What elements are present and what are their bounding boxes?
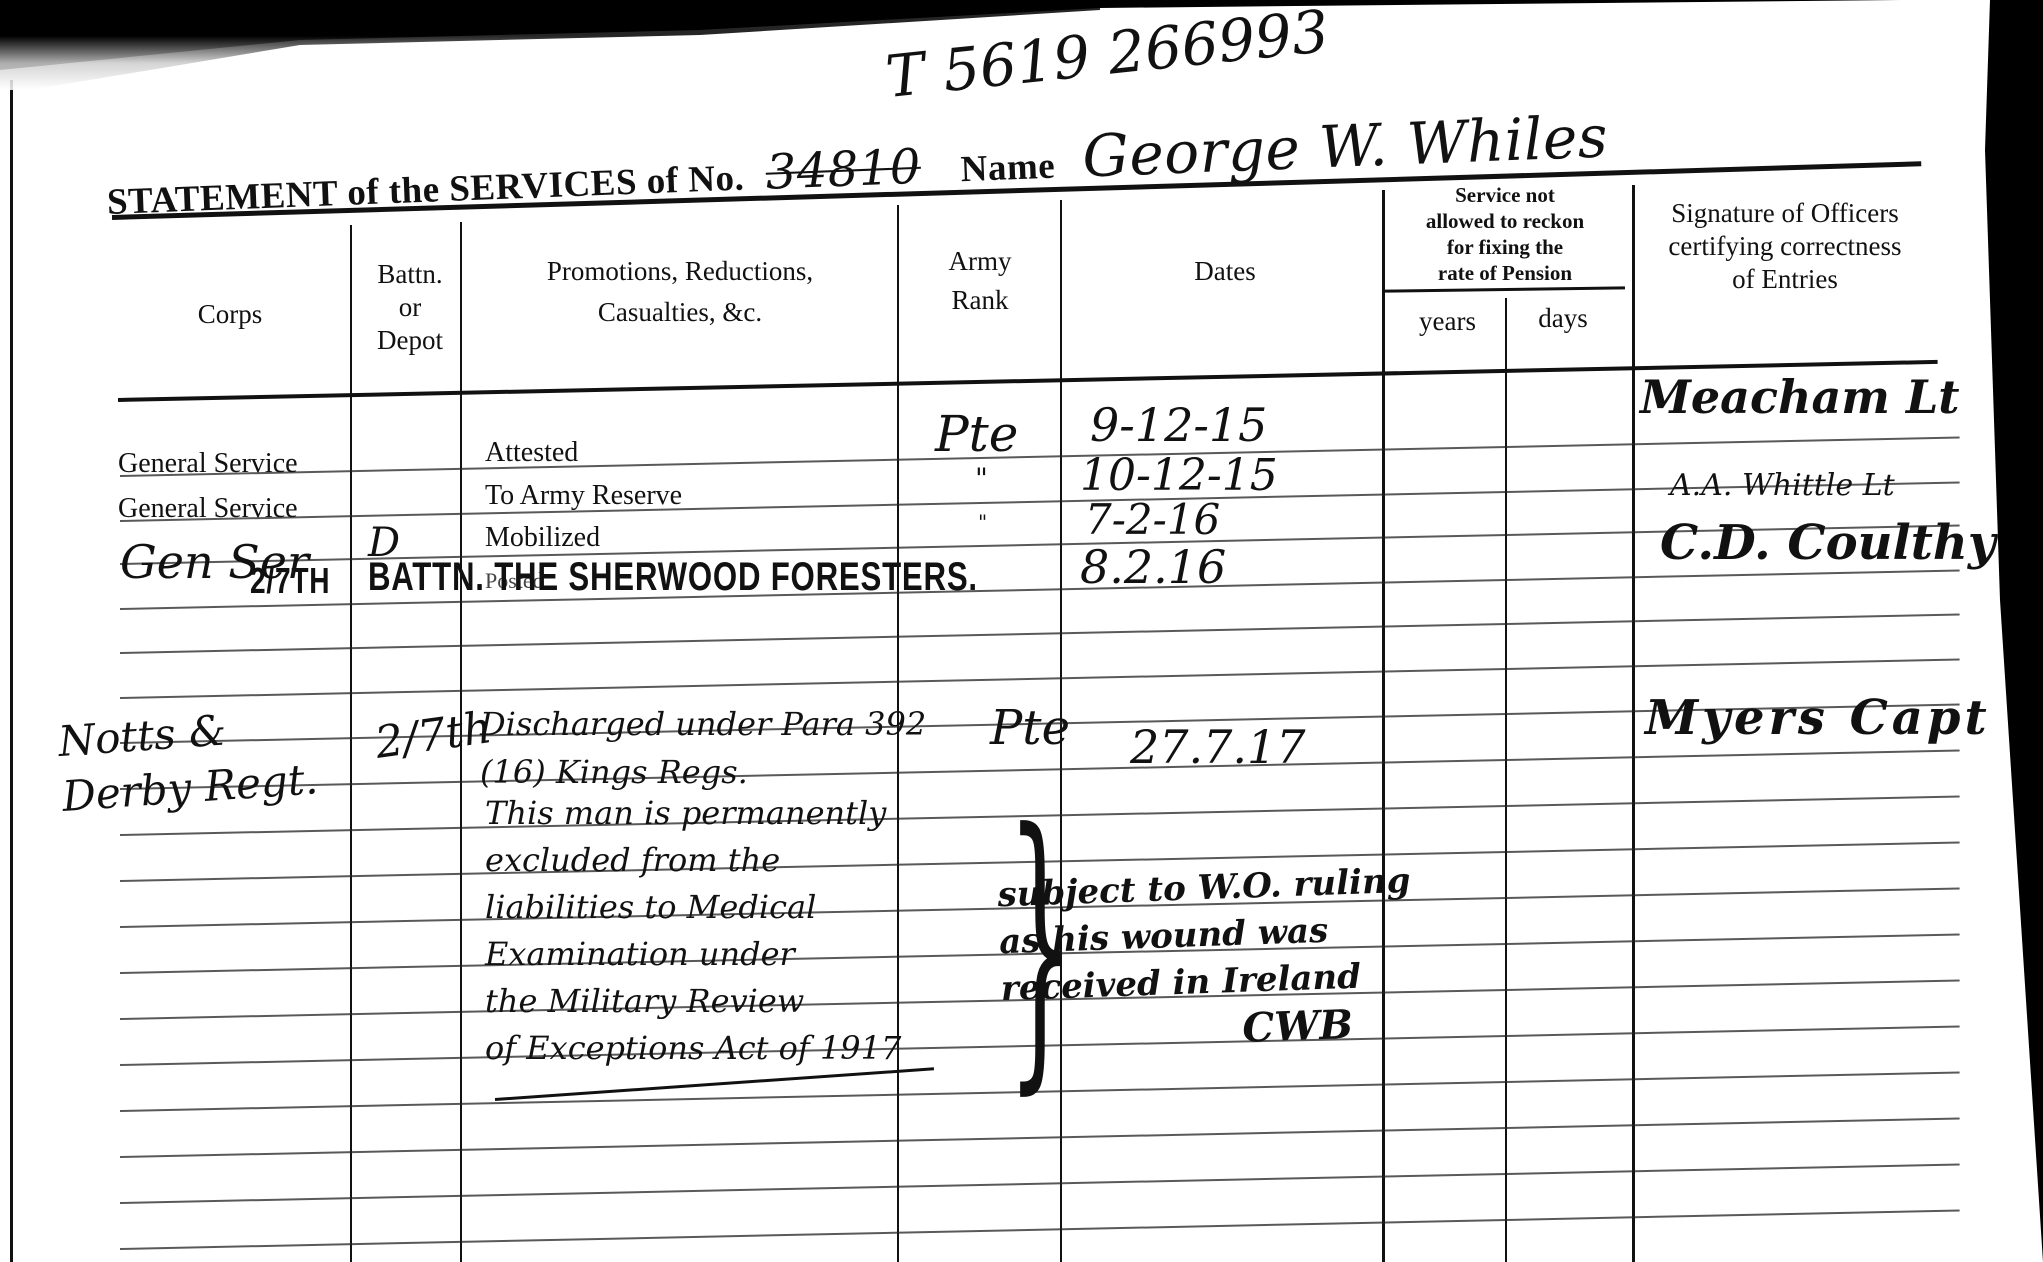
header-signature-line3: of Entries: [1625, 263, 1945, 296]
header-promotions-line1: Promotions, Reductions,: [470, 255, 890, 288]
header-signature-line2: certifying correctness: [1625, 230, 1945, 263]
row1-rank: Pte: [935, 405, 1018, 463]
header-corps-text: Corps: [198, 299, 263, 329]
header-days-text: days: [1538, 303, 1588, 333]
note-line: liabilities to Medical: [485, 884, 955, 931]
header-dates-text: Dates: [1194, 256, 1255, 286]
row2-event: To Army Reserve: [485, 480, 682, 512]
row1-signature: Meacham Lt: [1640, 370, 1960, 424]
row3-event: Mobilized: [485, 522, 600, 554]
col-divider-6: [1505, 298, 1507, 1262]
row1-date: 9-12-15: [1090, 398, 1267, 452]
header-battn-line2: or: [355, 291, 465, 324]
row5-corps: Notts & Derby Regt.: [56, 696, 323, 824]
row2-rank: ": [975, 462, 988, 495]
header-promotions-line2: Casualties, &c.: [470, 296, 890, 329]
note-line: the Military Review: [485, 978, 955, 1025]
header-sna-line4: rate of Pension: [1390, 260, 1620, 286]
header-army-rank-line2: Rank: [900, 284, 1060, 317]
header-promotions: Promotions, Reductions, Casualties, &c.: [470, 255, 890, 329]
sna-subrule: [1385, 286, 1625, 292]
row5-event: Discharged under Para 392 (16) Kings Reg…: [480, 700, 980, 796]
row3-rank: ": [978, 510, 987, 534]
row5-battn: 2/7th: [372, 702, 495, 769]
header-signature-line1: Signature of Officers: [1625, 197, 1945, 230]
row2-corps: General Service: [118, 493, 298, 525]
header-days: days: [1508, 302, 1618, 335]
header-sna-line2: allowed to reckon: [1390, 208, 1620, 234]
header-battn-line3: Depot: [355, 324, 465, 357]
header-army-rank: Army Rank: [900, 245, 1060, 317]
header-sna-line3: for fixing the: [1390, 234, 1620, 260]
col-divider-5: [1382, 190, 1385, 1262]
note-line: excluded from the: [485, 837, 955, 884]
header-battn-line1: Battn.: [355, 258, 465, 291]
exception-note: This man is permanently excluded from th…: [485, 790, 955, 1072]
row2-date: 10-12-15: [1080, 450, 1278, 501]
note-line: of Exceptions Act of 1917: [485, 1025, 955, 1072]
row1-event: Attested: [485, 437, 578, 469]
note-line: This man is permanently: [485, 790, 955, 837]
row5-date: 27.7.17: [1130, 720, 1306, 774]
unit-stamp-prefix: 2/7TH: [250, 560, 330, 602]
row1-corps: General Service: [118, 448, 298, 480]
header-army-rank-line1: Army: [900, 245, 1060, 278]
left-border: [10, 80, 13, 1262]
note-line: Examination under: [485, 931, 955, 978]
unit-stamp: BATTN. THE SHERWOOD FORESTERS.: [368, 555, 978, 600]
side-note-initials: CWB: [1242, 999, 1417, 1052]
service-record-page: T 5619 266993 STATEMENT of the SERVICES …: [0, 0, 2043, 1262]
header-dates: Dates: [1065, 255, 1385, 288]
header-years: years: [1390, 305, 1505, 338]
header-battn: Battn. or Depot: [355, 258, 465, 357]
row4-date: 8.2.16: [1080, 540, 1226, 594]
header-years-text: years: [1419, 306, 1476, 336]
name-label: Name: [960, 146, 1056, 191]
row5-rank: Pte: [990, 700, 1070, 756]
row5-corps-text: Notts & Derby Regt.: [57, 705, 320, 820]
header-corps: Corps: [120, 298, 340, 331]
row3-date: 7-2-16: [1085, 495, 1220, 544]
side-note: subject to W.O. ruling as his wound was …: [997, 858, 1416, 1060]
header-service-not-allowed: Service not allowed to reckon for fixing…: [1390, 182, 1620, 286]
row5-signature: Myers Capt: [1645, 690, 1991, 746]
row2-signature: A.A. Whittle Lt: [1670, 468, 1895, 503]
col-divider-7: [1632, 185, 1635, 1262]
row3-signature: C.D. Coulthy Lt: [1660, 515, 2043, 571]
header-signature: Signature of Officers certifying correct…: [1625, 197, 1945, 296]
header-sna-line1: Service not: [1390, 182, 1620, 208]
